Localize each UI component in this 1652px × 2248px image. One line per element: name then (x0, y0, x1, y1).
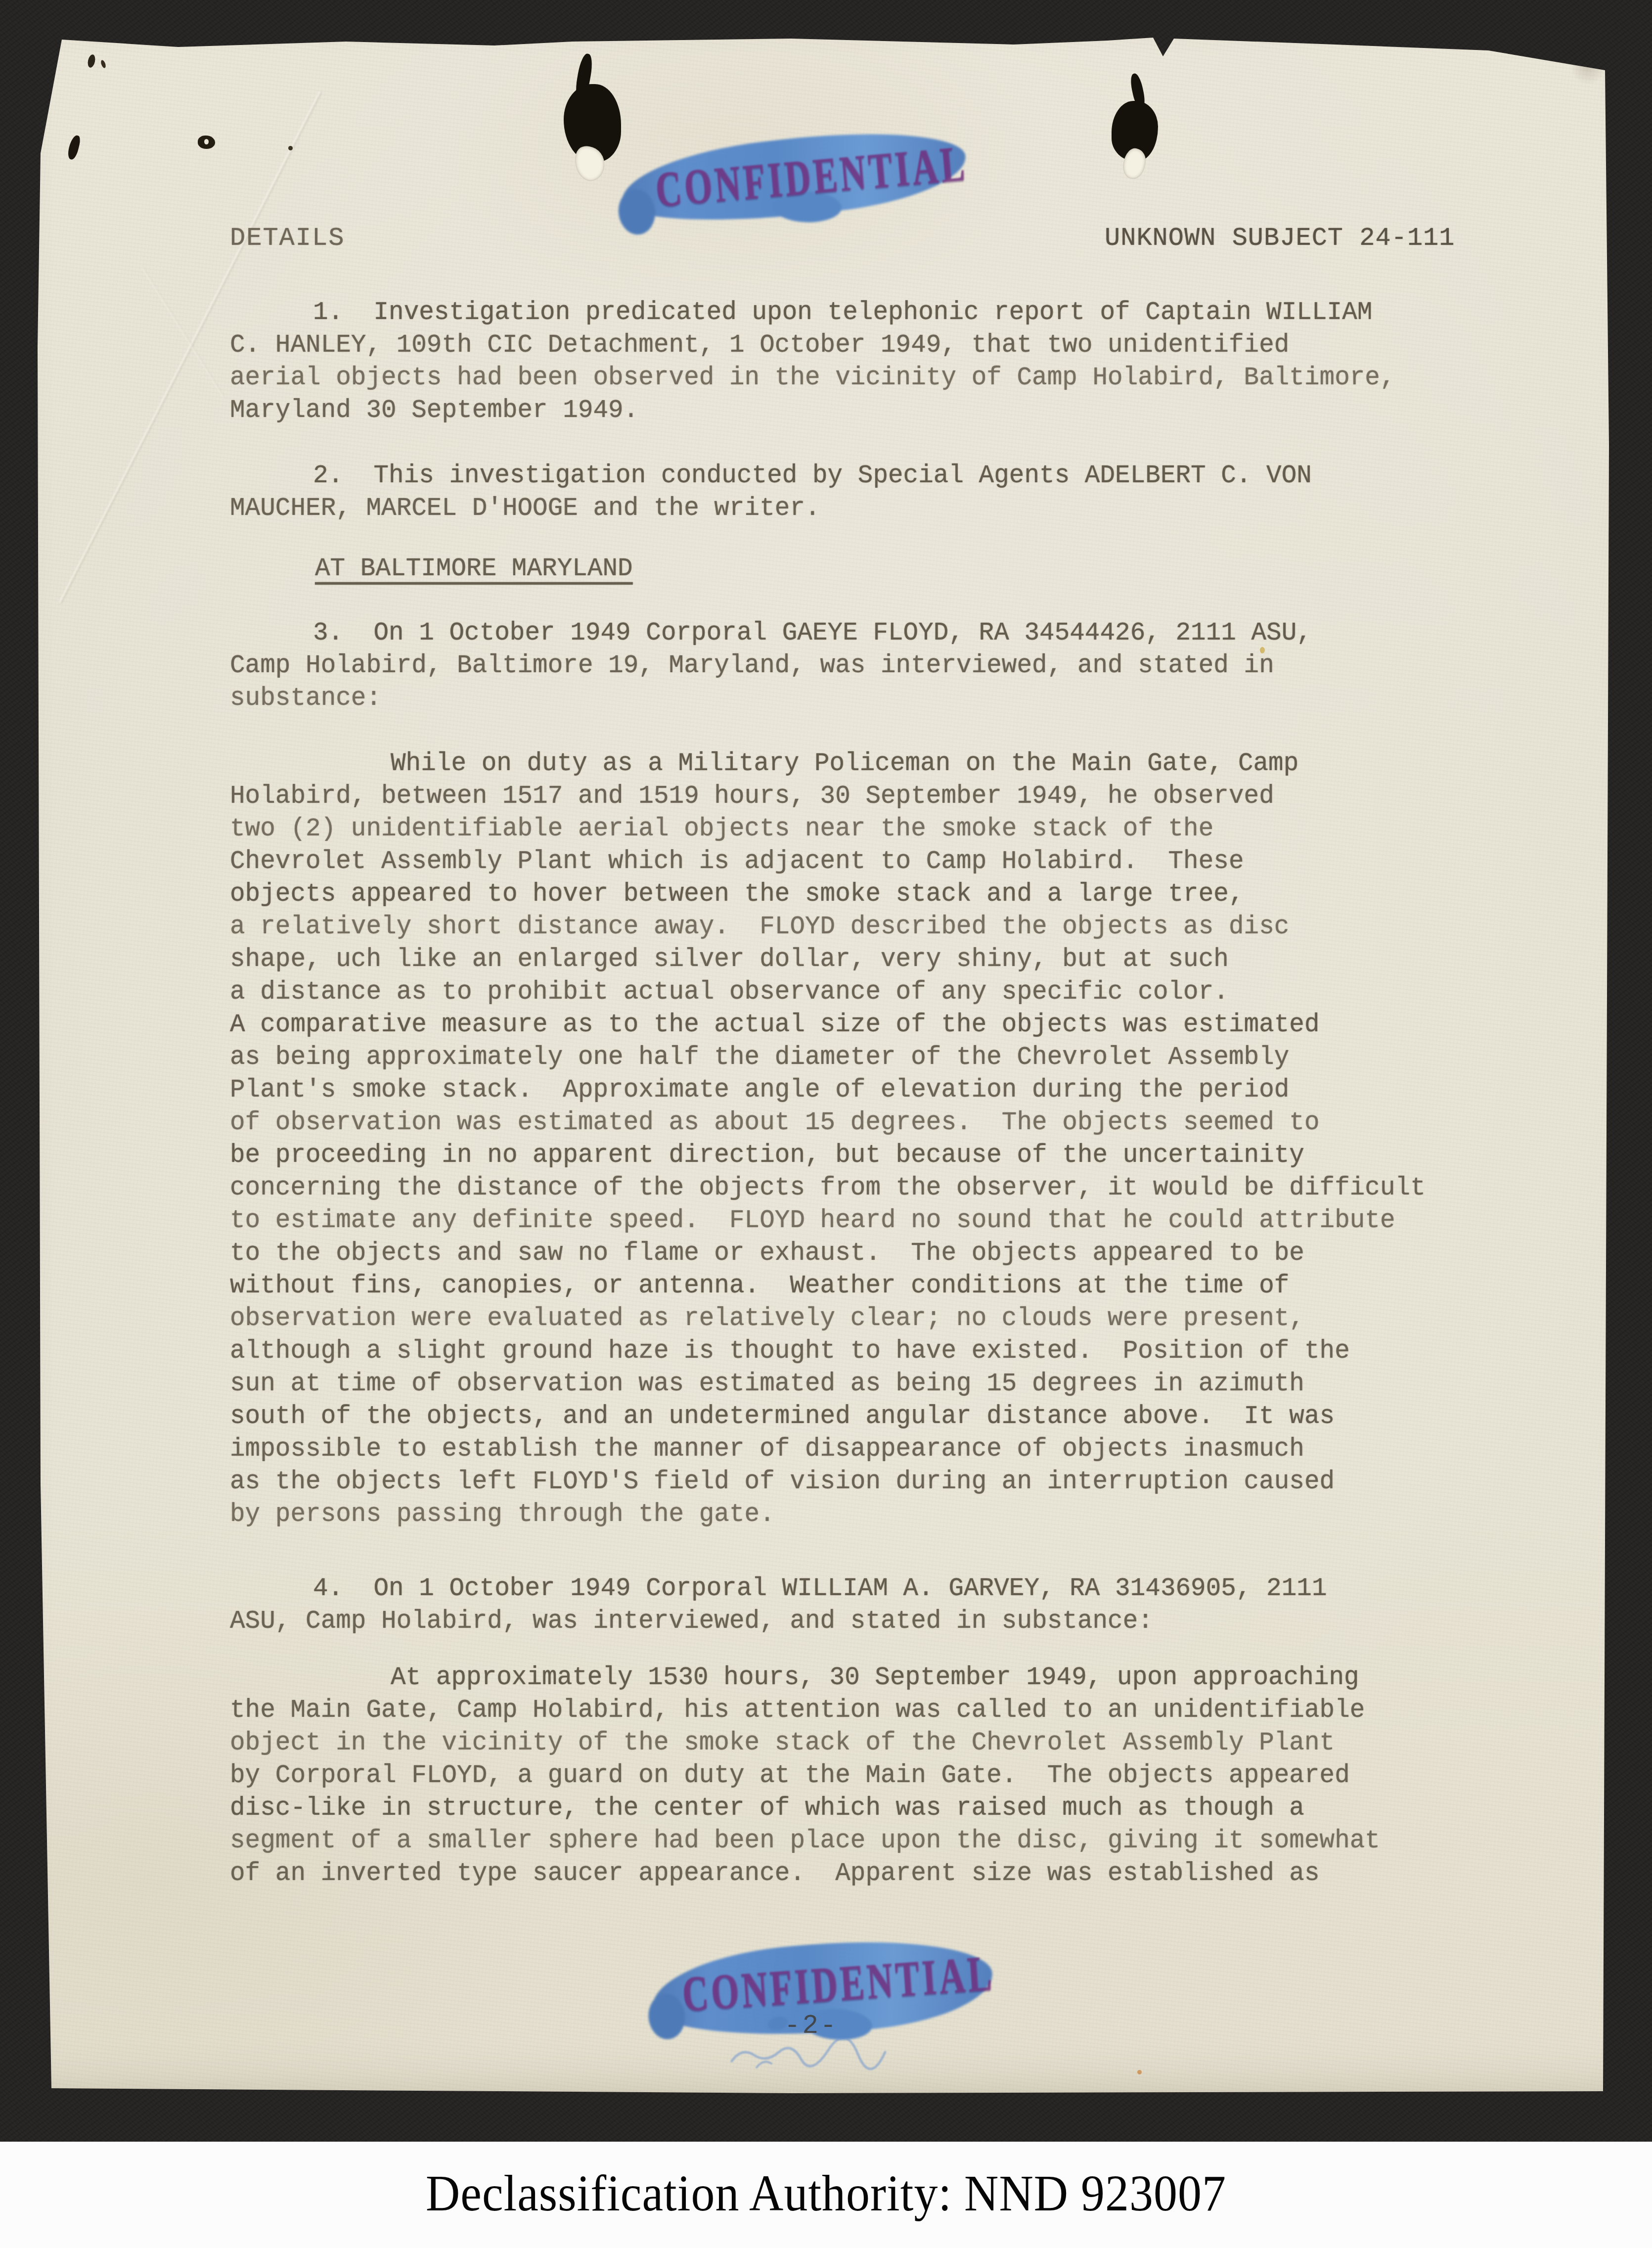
text-line: be proceeding in no apparent direction, … (230, 1140, 1535, 1172)
ink-speck (66, 134, 82, 160)
text-line: the Main Gate, Camp Holabird, his attent… (230, 1695, 1535, 1727)
text-line: Plant's smoke stack. Approximate angle o… (230, 1074, 1535, 1107)
punch-hole-left (564, 53, 628, 177)
text-line: to the objects and saw no flame or exhau… (230, 1238, 1535, 1270)
paragraph-5: While on duty as a Military Policeman on… (230, 748, 1535, 1531)
text-line: although a slight ground haze is thought… (230, 1335, 1535, 1368)
text-line: disc-like in structure, the center of wh… (230, 1792, 1535, 1825)
text-line: a distance as to prohibit actual observa… (230, 976, 1535, 1009)
text-line: 3. On 1 October 1949 Corporal GAEYE FLOY… (230, 617, 1535, 650)
edge-mark (100, 59, 106, 69)
text-line: impossible to establish the manner of di… (230, 1433, 1535, 1466)
text-line: as being approximately one half the diam… (230, 1042, 1535, 1074)
text-line: segment of a smaller sphere had been pla… (230, 1825, 1535, 1858)
text-line: as the objects left FLOYD'S field of vis… (230, 1466, 1535, 1499)
text-line: two (2) unidentifiable aerial objects ne… (230, 813, 1535, 846)
text-line: observation were evaluated as relatively… (230, 1303, 1535, 1335)
stain-speck (1137, 2070, 1142, 2074)
text-line: At approximately 1530 hours, 30 Septembe… (230, 1662, 1535, 1695)
punch-hole-right (1108, 73, 1163, 180)
text-line: without fins, canopies, or antenna. Weat… (230, 1270, 1535, 1303)
text-line: substance: (230, 683, 1535, 715)
text-line: Holabird, between 1517 and 1519 hours, 3… (230, 780, 1535, 813)
text-line: 1. Investigation predicated upon telepho… (230, 297, 1535, 329)
text-line: aerial objects had been observed in the … (230, 362, 1535, 395)
text-line: objects appeared to hover between the sm… (230, 878, 1535, 911)
text-line: C. HANLEY, 109th CIC Detachment, 1 Octob… (230, 329, 1535, 362)
text-line: 2. This investigation conducted by Speci… (230, 460, 1535, 493)
text-line: to estimate any definite speed. FLOYD he… (230, 1205, 1535, 1238)
paragraph-7: At approximately 1530 hours, 30 Septembe… (230, 1662, 1535, 1890)
confidential-stamp-top: CONFIDENTIAL (621, 135, 967, 220)
declassification-banner: Declassification Authority: NND 923007 (0, 2142, 1652, 2248)
text-line: concerning the distance of the objects f… (230, 1172, 1535, 1205)
text-line: of an inverted type saucer appearance. A… (230, 1858, 1535, 1890)
page-number: -2- (784, 2011, 838, 2041)
text-line: While on duty as a Military Policeman on… (230, 748, 1535, 780)
subject-case-label: UNKNOWN SUBJECT 24-111 (1105, 224, 1455, 253)
text-line: Chevrolet Assembly Plant which is adjace… (230, 846, 1535, 878)
ink-speck (288, 146, 293, 150)
text-line: MAUCHER, MARCEL D'HOOGE and the writer. (230, 493, 1535, 525)
text-line: by persons passing through the gate. (230, 1499, 1535, 1531)
text-line: sun at time of observation was estimated… (230, 1368, 1535, 1401)
text-line: Camp Holabird, Baltimore 19, Maryland, w… (230, 650, 1535, 683)
text-line: south of the objects, and an undetermine… (230, 1401, 1535, 1433)
edge-mark (87, 54, 96, 68)
text-line: 4. On 1 October 1949 Corporal WILLIAM A.… (230, 1573, 1535, 1606)
text-line: of observation was estimated as about 15… (230, 1107, 1535, 1140)
text-line: a relatively short distance away. FLOYD … (230, 911, 1535, 944)
scan-background: CONFIDENTIAL DETAILS UNKNOWN SUBJECT 24-… (0, 0, 1652, 2248)
paragraph-2: 2. This investigation conducted by Speci… (230, 460, 1535, 525)
text-line: object in the vicinity of the smoke stac… (230, 1727, 1535, 1760)
declassification-text: Declassification Authority: NND 923007 (0, 2138, 1652, 2248)
paragraph-4: 3. On 1 October 1949 Corporal GAEYE FLOY… (230, 617, 1535, 715)
text-line: ASU, Camp Holabird, was interviewed, and… (230, 1606, 1535, 1638)
text-line: by Corporal FLOYD, a guard on duty at th… (230, 1760, 1535, 1792)
paragraph-6: 4. On 1 October 1949 Corporal WILLIAM A.… (230, 1573, 1535, 1638)
document-page: CONFIDENTIAL DETAILS UNKNOWN SUBJECT 24-… (0, 0, 1652, 2097)
handwriting-mark (727, 2039, 895, 2073)
section-heading: AT BALTIMORE MARYLAND (230, 553, 1535, 586)
text-line: shape, uch like an enlarged silver dolla… (230, 944, 1535, 976)
torn-spot (198, 136, 215, 149)
paper-crease (141, 267, 224, 398)
paragraph-1: 1. Investigation predicated upon telepho… (230, 297, 1535, 427)
text-line: Maryland 30 September 1949. (230, 395, 1535, 427)
text-line: A comparative measure as to the actual s… (230, 1009, 1535, 1042)
text-line: AT BALTIMORE MARYLAND (230, 553, 1535, 586)
details-label: DETAILS (230, 224, 345, 253)
corner-shading (1493, 40, 1612, 168)
